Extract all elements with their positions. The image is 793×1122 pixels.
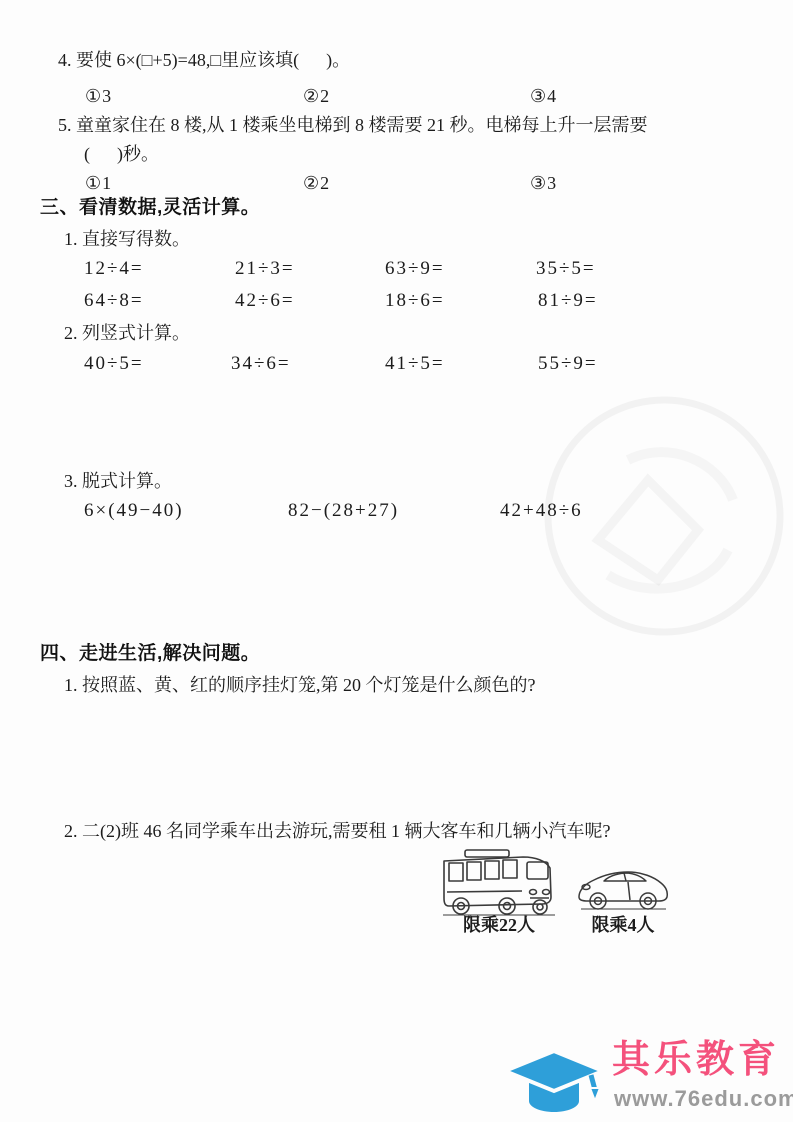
car-illustration	[576, 864, 670, 912]
column-calc-item: 40÷5=	[84, 353, 144, 376]
direct-calc-item: 64÷8=	[84, 290, 144, 313]
direct-calc-item: 21÷3=	[235, 258, 295, 281]
car-capacity-caption: 限乘4人	[576, 915, 670, 937]
direct-calc-item: 42÷6=	[235, 290, 295, 313]
column-calc-item: 55÷9=	[538, 353, 598, 376]
direct-calc-item: 81÷9=	[538, 290, 598, 313]
graduation-cap-icon	[499, 1041, 609, 1119]
direct-calc-item: 63÷9=	[385, 258, 445, 281]
section4-q2: 2. 二(2)班 46 名同学乘车出去游玩,需要租 1 辆大客车和几辆小汽车呢?	[64, 821, 610, 843]
question-5-line2: ( )秒。	[84, 144, 159, 166]
direct-calc-item: 18÷6=	[385, 290, 445, 313]
bus-capacity-caption: 限乘22人	[437, 915, 561, 937]
question-5-line1: 5. 童童家住在 8 楼,从 1 楼乘坐电梯到 8 楼需要 21 秒。电梯每上升…	[58, 115, 648, 137]
q4-option-2: ②2	[303, 86, 330, 108]
q4-option-3: ③4	[530, 86, 557, 108]
section3-sub1-title: 1. 直接写得数。	[64, 229, 190, 251]
q4-option-1: ①3	[85, 86, 112, 108]
direct-calc-item: 12÷4=	[84, 258, 144, 281]
stepwise-calc-item: 82−(28+27)	[288, 500, 399, 523]
section4-q1: 1. 按照蓝、黄、红的顺序挂灯笼,第 20 个灯笼是什么颜色的?	[64, 675, 536, 697]
q5-option-3: ③3	[530, 173, 557, 195]
column-calc-item: 41÷5=	[385, 353, 445, 376]
worksheet-page: 4. 要使 6×(□+5)=48,□里应该填( )。 ①3 ②2 ③4 5. 童…	[0, 0, 793, 1122]
question-4-text: 4. 要使 6×(□+5)=48,□里应该填( )。	[58, 50, 350, 72]
bus-illustration	[437, 848, 561, 916]
section3-sub3-title: 3. 脱式计算。	[64, 471, 172, 493]
section3-sub2-title: 2. 列竖式计算。	[64, 323, 190, 345]
q5-option-1: ①1	[85, 173, 112, 195]
column-calc-item: 34÷6=	[231, 353, 291, 376]
section4-heading: 四、走进生活,解决问题。	[40, 643, 260, 666]
stepwise-calc-item: 6×(49−40)	[84, 500, 184, 523]
q5-option-2: ②2	[303, 173, 330, 195]
brand-url: www.76edu.com	[614, 1086, 793, 1112]
stepwise-calc-item: 42+48÷6	[500, 500, 583, 523]
brand-name: 其乐教育	[612, 1040, 780, 1082]
section3-heading: 三、看清数据,灵活计算。	[40, 197, 260, 220]
direct-calc-item: 35÷5=	[536, 258, 596, 281]
